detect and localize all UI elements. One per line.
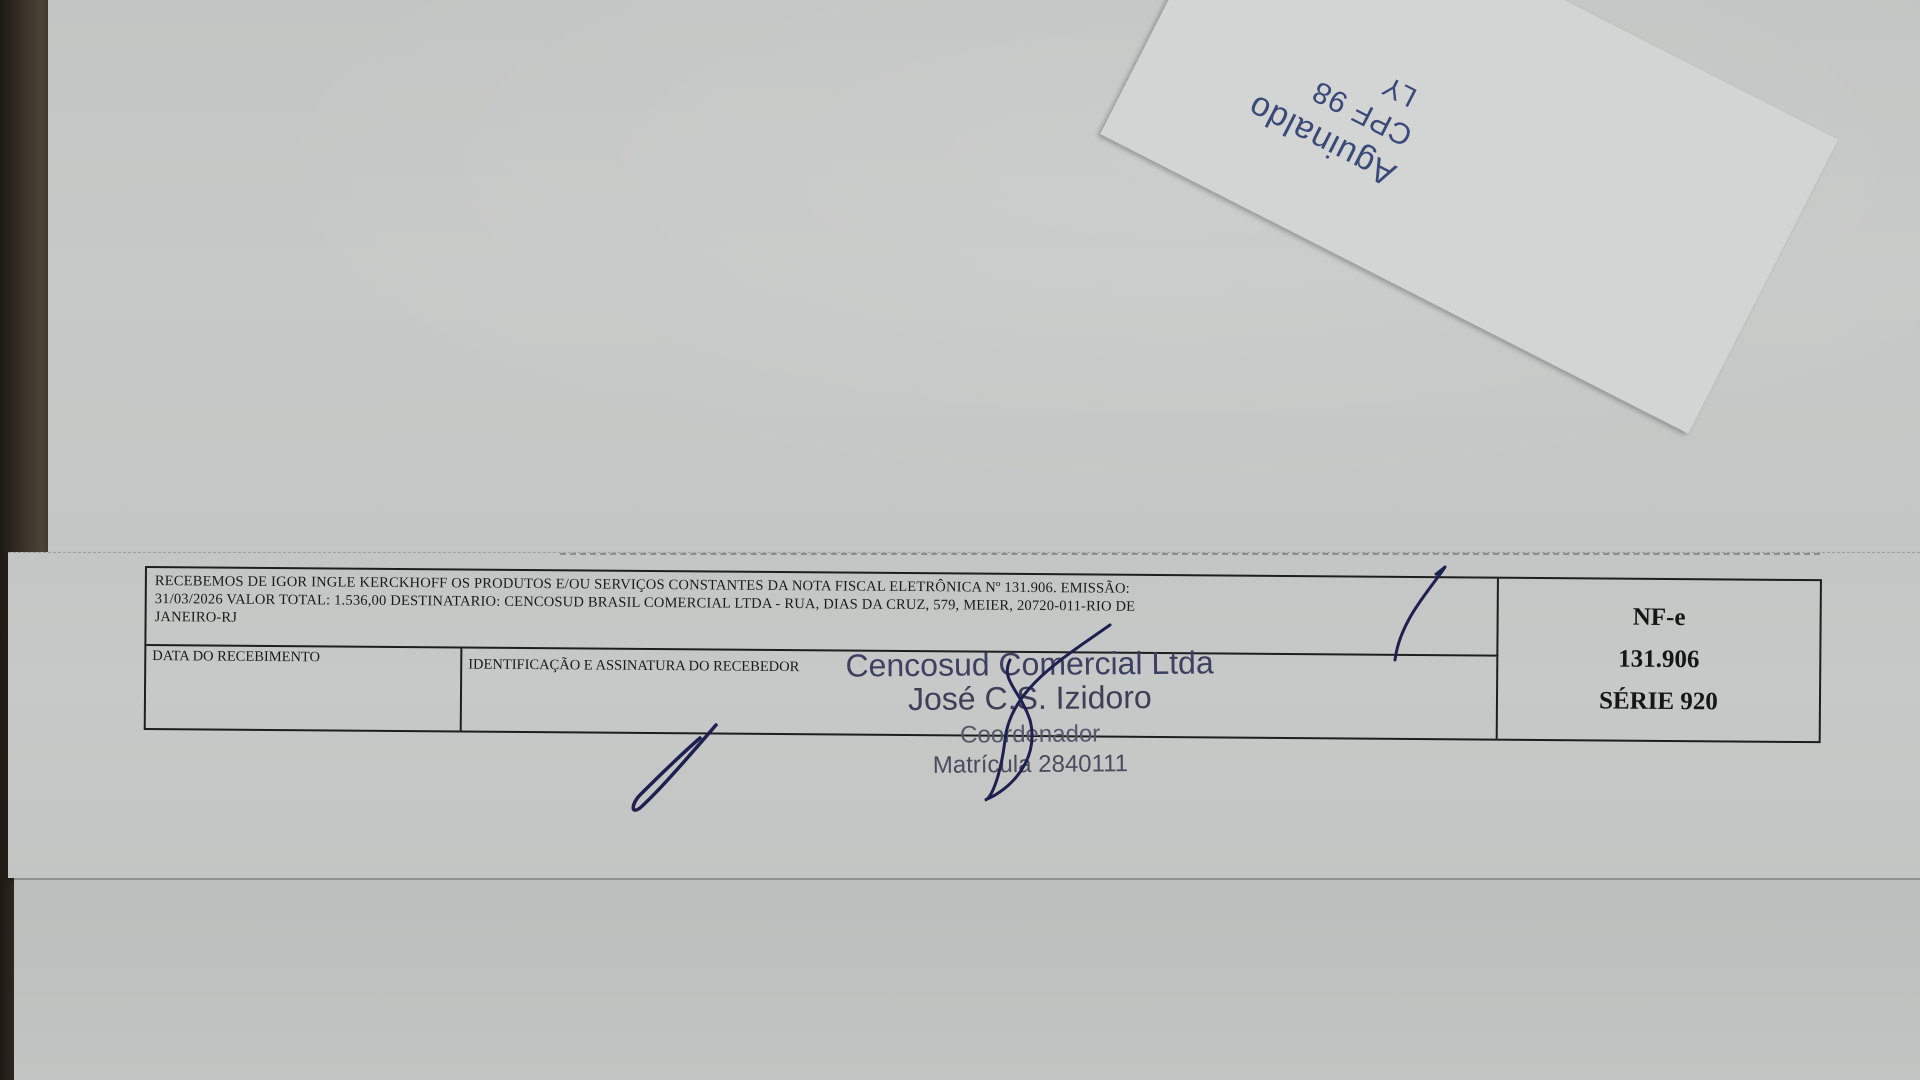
stamp-company: Cencosud Comercial Ltda <box>839 646 1219 681</box>
receiver-stamp: Cencosud Comercial Ltda José C.S. Izidor… <box>839 646 1220 781</box>
receipt-date-field: DATA DO RECEBIMENTO <box>146 646 463 730</box>
stamp-name: José C.S. Izidoro <box>840 678 1220 717</box>
stamp-registration: Matrícula 2840111 <box>840 748 1220 781</box>
nfe-title: NF-e <box>1633 597 1686 639</box>
receipt-statement: RECEBEMOS DE IGOR INGLE KERCKHOFF OS PRO… <box>146 568 1499 657</box>
date-label: DATA DO RECEBIMENTO <box>152 648 320 665</box>
nfe-number: 131.906 <box>1618 639 1700 682</box>
nfe-series: SÉRIE 920 <box>1599 680 1718 723</box>
perforation-line <box>560 553 1820 555</box>
signature-label: IDENTIFICAÇÃO E ASSINATURA DO RECEBEDOR <box>468 657 799 676</box>
nfe-box: NF-e 131.906 SÉRIE 920 <box>1498 579 1820 742</box>
invoice-paper-lower <box>14 878 1920 1080</box>
stamp-role: Coordenador <box>840 718 1220 751</box>
